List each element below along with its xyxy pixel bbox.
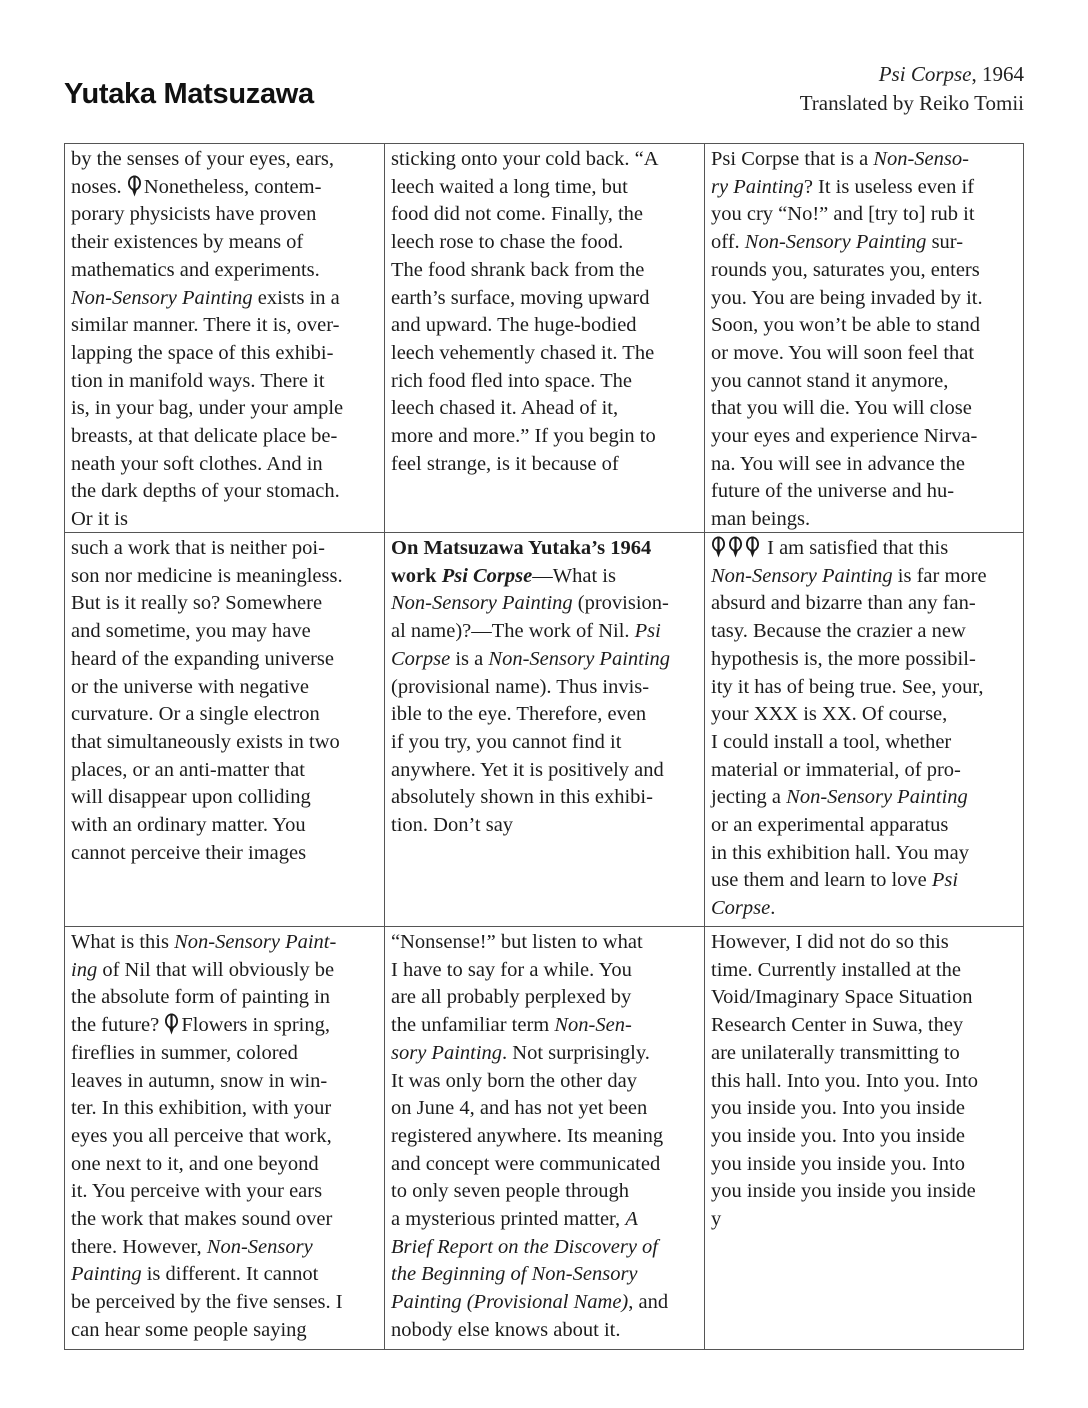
body-text: time. Currently installed at the [711,959,961,981]
text-line: Non-Sensory Painting is far more [711,563,1017,591]
psi-phi-mark-icon [164,1013,179,1035]
text-grid: by the senses of your eyes, ears,noses. … [64,143,1024,1350]
italic-text: Non-Sen- [554,1014,631,1036]
bold-text: Psi Corpse [442,565,533,587]
text-line: Non-Sensory Painting exists in a [71,285,378,313]
body-text: it. You perceive with your ears [71,1180,322,1202]
text-line: It was only born the other day [391,1068,698,1096]
italic-text: Painting (Provisional Name) [391,1291,628,1313]
text-line: Research Center in Suwa, they [711,1012,1017,1040]
body-text: absurd and bizarre than any fan- [711,592,976,614]
italic-text: ry Painting [711,176,804,198]
text-line: you cannot stand it anymore, [711,368,1017,396]
text-line: that simultaneously exists in two [71,729,378,757]
text-line: with an ordinary matter. You [71,812,378,840]
text-line: absolutely shown in this exhibi- [391,784,698,812]
body-text: anywhere. Yet it is positively and [391,759,664,781]
text-line: Corpse. [711,895,1017,923]
text-line: lapping the space of this exhibi- [71,340,378,368]
body-text: the work that makes sound over [71,1208,332,1230]
body-text: can hear some people saying [71,1319,307,1341]
body-text: ity it has of being true. See, your, [711,676,983,698]
body-text: you inside you inside you. Into [711,1153,965,1175]
text-line: you inside you inside you. Into [711,1151,1017,1179]
text-line: Brief Report on the Discovery of [391,1234,698,1262]
body-text: will disappear upon colliding [71,786,311,808]
text-line: “Nonsense!” but listen to what [391,929,698,957]
text-line: to only seven people through [391,1178,698,1206]
body-text: similar manner. There it is, over- [71,314,339,336]
text-line: can hear some people saying [71,1317,378,1345]
text-line: However, I did not do so this [711,929,1017,957]
body-text: material or immaterial, of pro- [711,759,961,781]
text-line: I am satisfied that this [711,535,1017,563]
body-text: you inside you. Into you inside [711,1097,965,1119]
text-line: ing of Nil that will obviously be [71,957,378,985]
text-cell: Psi Corpse that is a Non-Senso-ry Painti… [705,144,1024,533]
text-line: fireflies in summer, colored [71,1040,378,1068]
text-cell: On Matsuzawa Yutaka’s 1964work Psi Corps… [385,533,705,927]
text-line: the dark depths of your stomach. [71,478,378,506]
italic-text: Non-Sensory [207,1236,313,1258]
text-line: in this exhibition hall. You may [711,840,1017,868]
body-text: Or it is [71,508,128,530]
text-line: Painting (Provisional Name), and [391,1289,698,1317]
body-text: and upward. The huge-bodied [391,314,637,336]
body-text: jecting a [711,786,786,808]
text-cell: “Nonsense!” but listen to whatI have to … [385,927,705,1350]
text-line: curvature. Or a single electron [71,701,378,729]
body-text: tion. Don’t say [391,814,513,836]
body-text: or move. You will soon feel that [711,342,974,364]
text-line: by the senses of your eyes, ears, [71,146,378,174]
text-line: one next to it, and one beyond [71,1151,378,1179]
body-text: leech chased it. Ahead of it, [391,397,618,419]
body-text: eyes you all perceive that work, [71,1125,332,1147]
body-text: is a [450,648,488,670]
text-cell: by the senses of your eyes, ears,noses. … [65,144,385,533]
body-text: ter. In this exhibition, with your [71,1097,331,1119]
body-text: man beings. [711,508,810,530]
text-line: there. However, Non-Sensory [71,1234,378,1262]
body-text: y [711,1208,721,1230]
work-meta: Psi Corpse, 1964 Translated by Reiko Tom… [800,60,1024,118]
body-text: leech waited a long time, but [391,176,628,198]
body-text: food did not come. Finally, the [391,203,643,225]
psi-phi-mark-icon [711,536,726,558]
text-line: eyes you all perceive that work, [71,1123,378,1151]
text-line: registered anywhere. Its meaning [391,1123,698,1151]
text-line: What is this Non-Sensory Paint- [71,929,378,957]
text-line: hypothesis is, the more possibil- [711,646,1017,674]
text-line: ter. In this exhibition, with your [71,1095,378,1123]
text-line: tion in manifold ways. There it [71,368,378,396]
text-line: or move. You will soon feel that [711,340,1017,368]
body-text: cannot perceive their images [71,842,306,864]
text-line: ity it has of being true. See, your, [711,674,1017,702]
italic-text: Brief Report on the Discovery of [391,1236,658,1258]
body-text: you. You are being invaded by it. [711,287,983,309]
body-text: But is it really so? Somewhere [71,592,322,614]
italic-text: Corpse [391,648,450,670]
text-line: absurd and bizarre than any fan- [711,590,1017,618]
text-line: material or immaterial, of pro- [711,757,1017,785]
text-line: Psi Corpse that is a Non-Senso- [711,146,1017,174]
text-line: you inside you. Into you inside [711,1095,1017,1123]
text-line: man beings. [711,506,1017,533]
italic-text: A [625,1208,638,1230]
body-text: the future? [71,1014,164,1036]
body-text: “Nonsense!” but listen to what [391,931,643,953]
body-text: is far more [893,565,987,587]
author-name: Yutaka Matsuzawa [64,78,314,111]
body-text: you cannot stand it anymore, [711,370,948,392]
body-text: that you will die. You will close [711,397,972,419]
text-line: a mysterious printed matter, A [391,1206,698,1234]
body-text: na. You will see in advance the [711,453,965,475]
body-text: you inside you inside you inside [711,1180,976,1202]
body-text: or an experimental apparatus [711,814,948,836]
italic-text: Psi [635,620,661,642]
body-text: and sometime, you may have [71,620,311,642]
text-cell: However, I did not do so thistime. Curre… [705,927,1024,1350]
body-text: rich food fled into space. The [391,370,632,392]
body-text: What is this [71,931,174,953]
psi-phi-mark-icon [127,175,142,197]
text-line: rounds you, saturates you, enters [711,257,1017,285]
text-line: tion. Don’t say [391,812,698,840]
italic-text: Non-Senso- [873,148,969,170]
text-line: I could install a tool, whether [711,729,1017,757]
text-line: will disappear upon colliding [71,784,378,812]
text-line: are all probably perplexed by [391,984,698,1012]
body-text: Soon, you won’t be able to stand [711,314,980,336]
text-line: you cry “No!” and [try to] rub it [711,201,1017,229]
text-line: sory Painting. Not surprisingly. [391,1040,698,1068]
body-text: son nor medicine is meaningless. [71,565,343,587]
text-line: But is it really so? Somewhere [71,590,378,618]
body-text: leaves in autumn, snow in win- [71,1070,327,1092]
body-text: sur- [926,231,963,253]
text-line: time. Currently installed at the [711,957,1017,985]
body-text: tion in manifold ways. There it [71,370,325,392]
psi-phi-mark-icon [728,536,743,558]
text-line: noses. Nonetheless, contem- [71,174,378,202]
bold-text: On Matsuzawa Yutaka’s 1964 [391,537,651,559]
text-line: neath your soft clothes. And in [71,451,378,479]
text-line: earth’s surface, moving upward [391,285,698,313]
text-line: the unfamiliar term Non-Sen- [391,1012,698,1040]
text-line: the absolute form of painting in [71,984,378,1012]
text-cell: sticking onto your cold back. “Aleech wa… [385,144,705,533]
text-line: leaves in autumn, snow in win- [71,1068,378,1096]
body-text: such a work that is neither poi- [71,537,325,559]
text-cell: What is this Non-Sensory Paint-ing of Ni… [65,927,385,1350]
text-line: cannot perceive their images [71,840,378,868]
italic-text: the Beginning of Non-Sensory [391,1263,638,1285]
text-line: the work that makes sound over [71,1206,378,1234]
text-line: it. You perceive with your ears [71,1178,378,1206]
text-line: be perceived by the five senses. I [71,1289,378,1317]
body-text: if you try, you cannot find it [391,731,621,753]
body-text: The food shrank back from the [391,259,644,281]
body-text: noses. [71,176,127,198]
bold-text: work [391,565,442,587]
body-text: this hall. Into you. Into you. Into [711,1070,978,1092]
text-line: off. Non-Sensory Painting sur- [711,229,1017,257]
text-line: (provisional name). Thus invis- [391,674,698,702]
body-text: you cry “No!” and [try to] rub it [711,203,975,225]
text-line: or an experimental apparatus [711,812,1017,840]
text-line: sticking onto your cold back. “A [391,146,698,174]
text-line: your eyes and experience Nirva- [711,423,1017,451]
text-line: nobody else knows about it. [391,1317,698,1345]
body-text: registered anywhere. Its meaning [391,1125,663,1147]
text-line: future of the universe and hu- [711,478,1017,506]
text-line: on June 4, and has not yet been [391,1095,698,1123]
text-line: breasts, at that delicate place be- [71,423,378,451]
body-text: sticking onto your cold back. “A [391,148,659,170]
body-text: . Not surprisingly. [502,1042,650,1064]
body-text: rounds you, saturates you, enters [711,259,980,281]
text-line: y [711,1206,1017,1234]
italic-text: Non-Sensory Painting [488,648,670,670]
text-line: their existences by means of [71,229,378,257]
body-text: that simultaneously exists in two [71,731,340,753]
body-text: Flowers in spring, [181,1014,330,1036]
text-line: mathematics and experiments. [71,257,378,285]
work-year: , 1964 [972,62,1025,86]
body-text: one next to it, and one beyond [71,1153,319,1175]
body-text: by the senses of your eyes, ears, [71,148,334,170]
text-line: and upward. The huge-bodied [391,312,698,340]
text-line: you. You are being invaded by it. [711,285,1017,313]
body-text: I have to say for a while. You [391,959,632,981]
body-text: (provision- [573,592,669,614]
italic-text: Non-Sensory Painting [786,786,968,808]
text-line: and sometime, you may have [71,618,378,646]
body-text: be perceived by the five senses. I [71,1291,343,1313]
italic-text: Psi [932,869,958,891]
italic-text: ing [71,959,97,981]
text-line: more and more.” If you begin to [391,423,698,451]
body-text: fireflies in summer, colored [71,1042,298,1064]
italic-text: Painting [71,1263,142,1285]
body-text: . [770,897,775,919]
psi-phi-mark-icon [745,536,760,558]
body-text: your eyes and experience Nirva- [711,425,977,447]
text-line: rich food fled into space. The [391,368,698,396]
body-text: is different. It cannot [142,1263,319,1285]
body-text: places, or an anti-matter that [71,759,305,781]
text-line: son nor medicine is meaningless. [71,563,378,591]
body-text: are all probably perplexed by [391,986,631,1008]
italic-text: Non-Sensory Painting [745,231,927,253]
text-line: On Matsuzawa Yutaka’s 1964 [391,535,698,563]
body-text: Research Center in Suwa, they [711,1014,963,1036]
body-text: you inside you. Into you inside [711,1125,965,1147]
italic-text: Non-Sensory Painting [711,565,893,587]
italic-text: sory Painting [391,1042,502,1064]
text-line: you inside you. Into you inside [711,1123,1017,1151]
body-text: and concept were communicated [391,1153,660,1175]
text-line: al name)?—The work of Nil. Psi [391,618,698,646]
text-line: leech waited a long time, but [391,174,698,202]
text-line: Soon, you won’t be able to stand [711,312,1017,340]
text-line: Non-Sensory Painting (provision- [391,590,698,618]
body-text: —What is [532,565,616,587]
text-line: you inside you inside you inside [711,1178,1017,1206]
work-title-line: Psi Corpse, 1964 [800,60,1024,89]
text-line: jecting a Non-Sensory Painting [711,784,1017,812]
text-line: tasy. Because the crazier a new [711,618,1017,646]
text-line: na. You will see in advance the [711,451,1017,479]
translator-credit: Translated by Reiko Tomii [800,89,1024,118]
body-text: in this exhibition hall. You may [711,842,969,864]
body-text: off. [711,231,745,253]
body-text: the dark depths of your stomach. [71,480,340,502]
body-text: ible to the eye. Therefore, even [391,703,646,725]
body-text: a mysterious printed matter, [391,1208,625,1230]
text-line: feel strange, is it because of [391,451,698,479]
body-text: leech vehemently chased it. The [391,342,654,364]
body-text: I could install a tool, whether [711,731,951,753]
text-line: Or it is [71,506,378,533]
body-text: their existences by means of [71,231,303,253]
body-text: on June 4, and has not yet been [391,1097,647,1119]
text-line: your XXX is XX. Of course, [711,701,1017,729]
body-text: exists in a [253,287,340,309]
body-text: hypothesis is, the more possibil- [711,648,976,670]
text-line: places, or an anti-matter that [71,757,378,785]
text-line: the future? Flowers in spring, [71,1012,378,1040]
work-title: Psi Corpse [879,62,972,86]
body-text: I am satisfied that this [762,537,948,559]
body-text: lapping the space of this exhibi- [71,342,333,364]
text-line: anywhere. Yet it is positively and [391,757,698,785]
body-text: earth’s surface, moving upward [391,287,649,309]
text-line: ible to the eye. Therefore, even [391,701,698,729]
text-line: and concept were communicated [391,1151,698,1179]
body-text: with an ordinary matter. You [71,814,306,836]
italic-text: Non-Sensory Painting [71,287,253,309]
body-text: the absolute form of painting in [71,986,330,1008]
body-text: ? It is useless even if [804,176,974,198]
body-text: feel strange, is it because of [391,453,619,475]
text-line: leech rose to chase the food. [391,229,698,257]
body-text: are unilaterally transmitting to [711,1042,960,1064]
text-line: or the universe with negative [71,674,378,702]
text-line: The food shrank back from the [391,257,698,285]
body-text: more and more.” If you begin to [391,425,656,447]
body-text: porary physicists have proven [71,203,316,225]
text-line: if you try, you cannot find it [391,729,698,757]
body-text: heard of the expanding universe [71,648,334,670]
text-line: Void/Imaginary Space Situation [711,984,1017,1012]
body-text: Void/Imaginary Space Situation [711,986,973,1008]
body-text: use them and learn to love [711,869,932,891]
body-text: of Nil that will obviously be [97,959,334,981]
body-text: breasts, at that delicate place be- [71,425,337,447]
text-line: porary physicists have proven [71,201,378,229]
text-cell: I am satisfied that thisNon-Sensory Pain… [705,533,1024,927]
text-line: use them and learn to love Psi [711,867,1017,895]
body-text: is, in your bag, under your ample [71,397,343,419]
italic-text: Non-Sensory Painting [391,592,573,614]
body-text: mathematics and experiments. [71,259,320,281]
body-text: there. However, [71,1236,207,1258]
body-text: your XXX is XX. Of course, [711,703,947,725]
text-line: similar manner. There it is, over- [71,312,378,340]
italic-text: Corpse [711,897,770,919]
body-text: (provisional name). Thus invis- [391,676,649,698]
body-text: al name)?—The work of Nil. [391,620,635,642]
body-text: Nonetheless, contem- [144,176,322,198]
text-line: Painting is different. It cannot [71,1261,378,1289]
body-text: to only seven people through [391,1180,629,1202]
body-text: curvature. Or a single electron [71,703,320,725]
text-line: I have to say for a while. You [391,957,698,985]
text-cell: such a work that is neither poi-son nor … [65,533,385,927]
body-text: , and [628,1291,668,1313]
text-line: is, in your bag, under your ample [71,395,378,423]
text-line: the Beginning of Non-Sensory [391,1261,698,1289]
text-line: Corpse is a Non-Sensory Painting [391,646,698,674]
body-text: future of the universe and hu- [711,480,954,502]
body-text: neath your soft clothes. And in [71,453,323,475]
text-line: are unilaterally transmitting to [711,1040,1017,1068]
body-text: the unfamiliar term [391,1014,554,1036]
text-line: heard of the expanding universe [71,646,378,674]
body-text: absolutely shown in this exhibi- [391,786,653,808]
text-line: food did not come. Finally, the [391,201,698,229]
body-text: leech rose to chase the food. [391,231,623,253]
body-text: However, I did not do so this [711,931,949,953]
body-text: nobody else knows about it. [391,1319,620,1341]
italic-text: Non-Sensory Paint- [174,931,336,953]
text-line: leech chased it. Ahead of it, [391,395,698,423]
text-line: ry Painting? It is useless even if [711,174,1017,202]
text-line: that you will die. You will close [711,395,1017,423]
text-line: leech vehemently chased it. The [391,340,698,368]
body-text: tasy. Because the crazier a new [711,620,966,642]
text-line: this hall. Into you. Into you. Into [711,1068,1017,1096]
text-line: such a work that is neither poi- [71,535,378,563]
text-line: work Psi Corpse—What is [391,563,698,591]
body-text: or the universe with negative [71,676,309,698]
body-text: Psi Corpse that is a [711,148,873,170]
body-text: It was only born the other day [391,1070,637,1092]
